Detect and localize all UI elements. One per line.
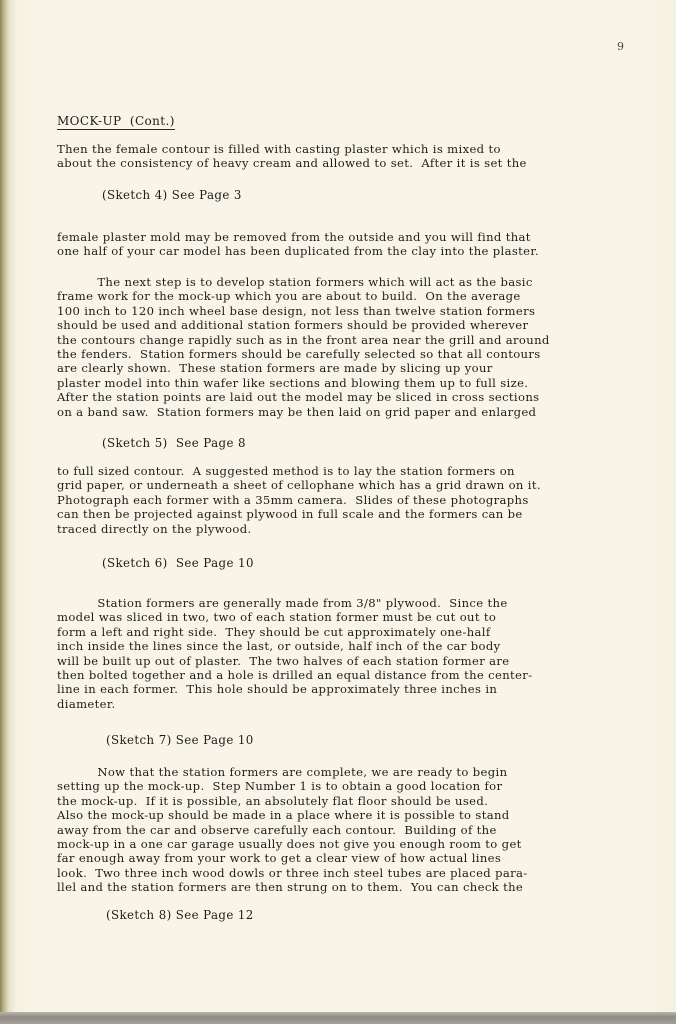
section-heading: MOCK-UP (Cont.)	[57, 114, 175, 130]
text-line: are clearly shown. These station formers…	[57, 361, 632, 375]
paragraph-5: Station formers are generally made from …	[57, 596, 632, 711]
text-line: far enough away from your work to get a …	[57, 851, 632, 865]
text-line: diameter.	[57, 697, 632, 711]
text-line: the fenders. Station formers should be c…	[57, 347, 632, 361]
text-line: traced directly on the plywood.	[57, 522, 632, 536]
sketch-reference-8: (Sketch 8) See Page 12	[106, 908, 254, 922]
text-line: Now that the station formers are complet…	[57, 765, 632, 779]
document-page: 9 MOCK-UP (Cont.) Then the female contou…	[0, 0, 676, 1024]
text-line: Also the mock-up should be made in a pla…	[57, 808, 632, 822]
text-line: frame work for the mock-up which you are…	[57, 289, 632, 303]
text-line: will be built up out of plaster. The two…	[57, 654, 632, 668]
text-line: one half of your car model has been dupl…	[57, 244, 632, 258]
text-line: Then the female contour is filled with c…	[57, 142, 632, 156]
text-line: about the consistency of heavy cream and…	[57, 156, 632, 170]
text-line: line in each former. This hole should be…	[57, 682, 632, 696]
paragraph-2: female plaster mold may be removed from …	[57, 230, 632, 259]
text-line: female plaster mold may be removed from …	[57, 230, 632, 244]
text-line: look. Two three inch wood dowls or three…	[57, 866, 632, 880]
text-line: 100 inch to 120 inch wheel base design, …	[57, 304, 632, 318]
text-line: on a band saw. Station formers may be th…	[57, 405, 632, 419]
paragraph-4: to full sized contour. A suggested metho…	[57, 464, 632, 536]
paragraph-3: The next step is to develop station form…	[57, 275, 632, 419]
text-line: model was sliced in two, two of each sta…	[57, 610, 632, 624]
sketch-reference-5: (Sketch 5) See Page 8	[102, 436, 246, 450]
paragraph-6: Now that the station formers are complet…	[57, 765, 632, 895]
text-line: plaster model into thin wafer like secti…	[57, 376, 632, 390]
text-line: grid paper, or underneath a sheet of cel…	[57, 478, 632, 492]
text-line: The next step is to develop station form…	[57, 275, 632, 289]
text-line: llel and the station formers are then st…	[57, 880, 632, 894]
paragraph-1: Then the female contour is filled with c…	[57, 142, 632, 171]
text-line: mock-up in a one car garage usually does…	[57, 837, 632, 851]
text-line: After the station points are laid out th…	[57, 390, 632, 404]
text-line: the mock-up. If it is possible, an absol…	[57, 794, 632, 808]
text-line: away from the car and observe carefully …	[57, 823, 632, 837]
text-line: inch inside the lines since the last, or…	[57, 639, 632, 653]
text-line: the contours change rapidly such as in t…	[57, 333, 632, 347]
page-number: 9	[617, 40, 624, 53]
page-bottom-edge	[0, 1012, 676, 1024]
text-line: should be used and additional station fo…	[57, 318, 632, 332]
text-line: then bolted together and a hole is drill…	[57, 668, 632, 682]
sketch-reference-7: (Sketch 7) See Page 10	[106, 733, 254, 747]
text-line: Photograph each former with a 35mm camer…	[57, 493, 632, 507]
text-line: form a left and right side. They should …	[57, 625, 632, 639]
sketch-reference-4: (Sketch 4) See Page 3	[102, 188, 242, 202]
text-line: Station formers are generally made from …	[57, 596, 632, 610]
sketch-reference-6: (Sketch 6) See Page 10	[102, 556, 254, 570]
text-line: can then be projected against plywood in…	[57, 507, 632, 521]
text-line: setting up the mock-up. Step Number 1 is…	[57, 779, 632, 793]
text-line: to full sized contour. A suggested metho…	[57, 464, 632, 478]
